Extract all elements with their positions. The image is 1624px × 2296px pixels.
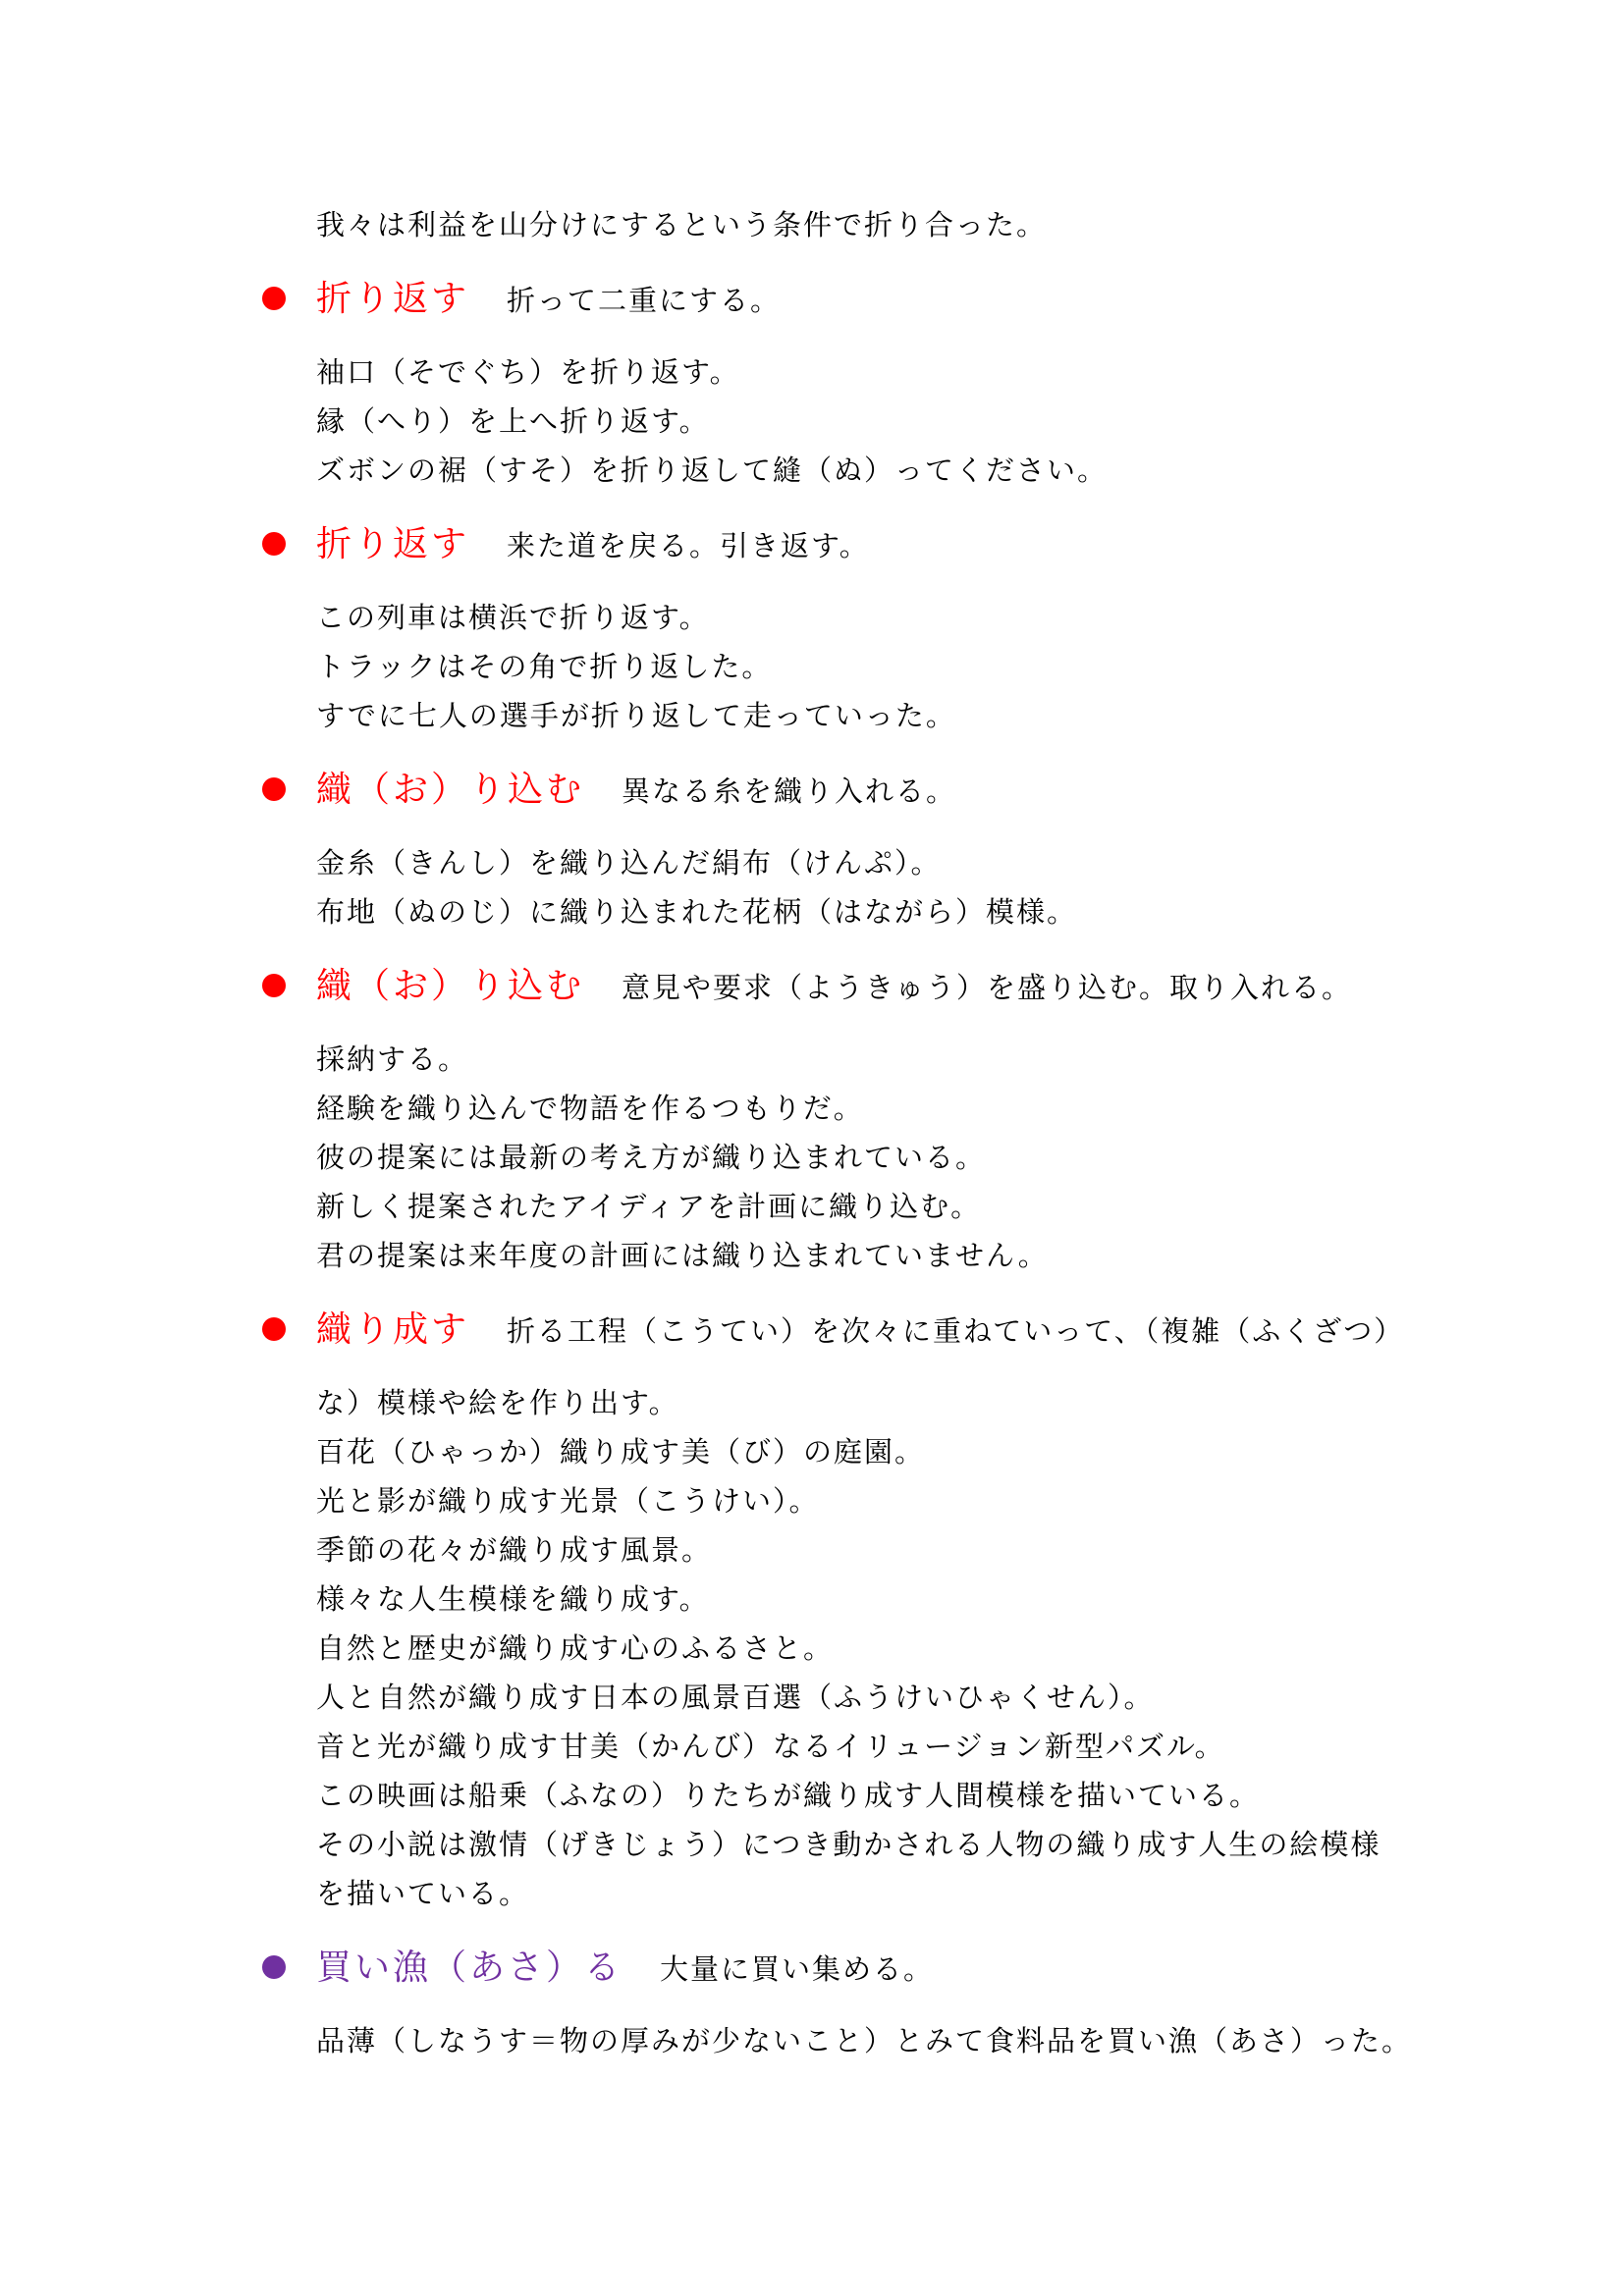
example-line: 金糸（きんし）を織り込んだ絹布（けんぷ）。 <box>316 839 1565 888</box>
definition: 大量に買い集める。 <box>660 1946 934 1995</box>
bullet-icon <box>262 777 286 801</box>
entry-header: 織（お）り込む 異なる糸を織り入れる。 <box>316 765 1565 814</box>
example-list: この列車は横浜で折り返す。トラックはその角で折り返した。すでに七人の選手が折り返… <box>316 594 1565 741</box>
example-list: 品薄（しなうす＝物の厚みが少ないこと）とみて食料品を買い漁（あさ）った。 <box>316 2017 1565 2066</box>
example-line: 様々な人生模様を織り成す。 <box>316 1575 1565 1625</box>
example-line: 新しく提案されたアイディアを計画に織り込む。 <box>316 1183 1565 1232</box>
entry-header: 折り返す 折って二重にする。 <box>316 274 1565 323</box>
example-list: 採納する。経験を織り込んで物語を作るつもりだ。彼の提案には最新の考え方が織り込ま… <box>316 1036 1565 1281</box>
definition: 異なる糸を織り入れる。 <box>622 768 956 817</box>
example-line: を描いている。 <box>316 1870 1565 1919</box>
headword: 買い漁（あさ）る <box>316 1943 623 1992</box>
example-line: 経験を織り込んで物語を作るつもりだ。 <box>316 1085 1565 1134</box>
entry: 折り返す 来た道を戻る。引き返す。 この列車は横浜で折り返す。トラックはその角で… <box>316 519 1565 741</box>
entry: 買い漁（あさ）る 大量に買い集める。 品薄（しなうす＝物の厚みが少ないこと）とみ… <box>316 1943 1565 2066</box>
example-line: な）模様や絵を作り出す。 <box>316 1379 1565 1428</box>
example-line: 音と光が織り成す甘美（かんび）なるイリュージョン新型パズル。 <box>316 1723 1565 1772</box>
definition: 折る工程（こうてい）を次々に重ねていって、（複雑（ふくざつ） <box>507 1308 1404 1357</box>
definition: 折って二重にする。 <box>507 277 781 326</box>
entry-list: 折り返す 折って二重にする。 袖口（そでぐち）を折り返す。縁（へり）を上へ折り返… <box>316 274 1565 2066</box>
definition: 意見や要求（ようきゅう）を盛り込む。取り入れる。 <box>622 964 1352 1013</box>
entry-header: 折り返す 来た道を戻る。引き返す。 <box>316 519 1565 568</box>
entry: 織（お）り込む 意見や要求（ようきゅう）を盛り込む。取り入れる。 採納する。経験… <box>316 961 1565 1281</box>
example-line: 品薄（しなうす＝物の厚みが少ないこと）とみて食料品を買い漁（あさ）った。 <box>316 2017 1565 2066</box>
example-list: 袖口（そでぐち）を折り返す。縁（へり）を上へ折り返す。ズボンの裾（すそ）を折り返… <box>316 348 1565 496</box>
bullet-icon <box>262 1955 286 1979</box>
example-line: 君の提案は来年度の計画には織り込まれていません。 <box>316 1232 1565 1281</box>
example-line: 人と自然が織り成す日本の風景百選（ふうけいひゃくせん）。 <box>316 1674 1565 1723</box>
example-list: 金糸（きんし）を織り込んだ絹布（けんぷ）。布地（ぬのじ）に織り込まれた花柄（はな… <box>316 839 1565 937</box>
entry: 織り成す 折る工程（こうてい）を次々に重ねていって、（複雑（ふくざつ） な）模様… <box>316 1305 1565 1919</box>
example-line: 百花（ひゃっか）織り成す美（び）の庭園。 <box>316 1428 1565 1477</box>
example-line: 光と影が織り成す光景（こうけい）。 <box>316 1477 1565 1526</box>
headword: 織り成す <box>316 1305 469 1354</box>
example-line: 彼の提案には最新の考え方が織り込まれている。 <box>316 1134 1565 1183</box>
example-line: ズボンの裾（すそ）を折り返して縫（ぬ）ってください。 <box>316 447 1565 496</box>
headword: 折り返す <box>316 274 469 323</box>
headword: 織（お）り込む <box>316 765 584 814</box>
definition: 来た道を戻る。引き返す。 <box>507 522 870 571</box>
example-line: この映画は船乗（ふなの）りたちが織り成す人間模様を描いている。 <box>316 1772 1565 1821</box>
bullet-icon <box>262 287 286 310</box>
bullet-icon <box>262 532 286 556</box>
example-list: な）模様や絵を作り出す。百花（ひゃっか）織り成す美（び）の庭園。光と影が織り成す… <box>316 1379 1565 1919</box>
example-line: 自然と歴史が織り成す心のふるさと。 <box>316 1625 1565 1674</box>
example-line: トラックはその角で折り返した。 <box>316 643 1565 692</box>
bullet-icon <box>262 974 286 997</box>
example-line: 袖口（そでぐち）を折り返す。 <box>316 348 1565 398</box>
entry-header: 買い漁（あさ）る 大量に買い集める。 <box>316 1943 1565 1992</box>
example-line: 採納する。 <box>316 1036 1565 1085</box>
example-line: この列車は横浜で折り返す。 <box>316 594 1565 643</box>
entry-header: 織（お）り込む 意見や要求（ようきゅう）を盛り込む。取り入れる。 <box>316 961 1565 1010</box>
entry: 織（お）り込む 異なる糸を織り入れる。 金糸（きんし）を織り込んだ絹布（けんぷ）… <box>316 765 1565 937</box>
headword: 折り返す <box>316 519 469 568</box>
example-line: 縁（へり）を上へ折り返す。 <box>316 398 1565 447</box>
entry: 折り返す 折って二重にする。 袖口（そでぐち）を折り返す。縁（へり）を上へ折り返… <box>316 274 1565 496</box>
example-line: 季節の花々が織り成す風景。 <box>316 1526 1565 1575</box>
example-line: 布地（ぬのじ）に織り込まれた花柄（はながら）模様。 <box>316 888 1565 937</box>
document-page: 我々は利益を山分けにするという条件で折り合った。 折り返す 折って二重にする。 … <box>316 201 1565 2066</box>
intro-sentence: 我々は利益を山分けにするという条件で折り合った。 <box>316 201 1565 250</box>
example-line: すでに七人の選手が折り返して走っていった。 <box>316 692 1565 741</box>
bullet-icon <box>262 1317 286 1341</box>
entry-header: 織り成す 折る工程（こうてい）を次々に重ねていって、（複雑（ふくざつ） <box>316 1305 1565 1354</box>
example-line: その小説は激情（げきじょう）につき動かされる人物の織り成す人生の絵模様 <box>316 1821 1565 1870</box>
headword: 織（お）り込む <box>316 961 584 1010</box>
